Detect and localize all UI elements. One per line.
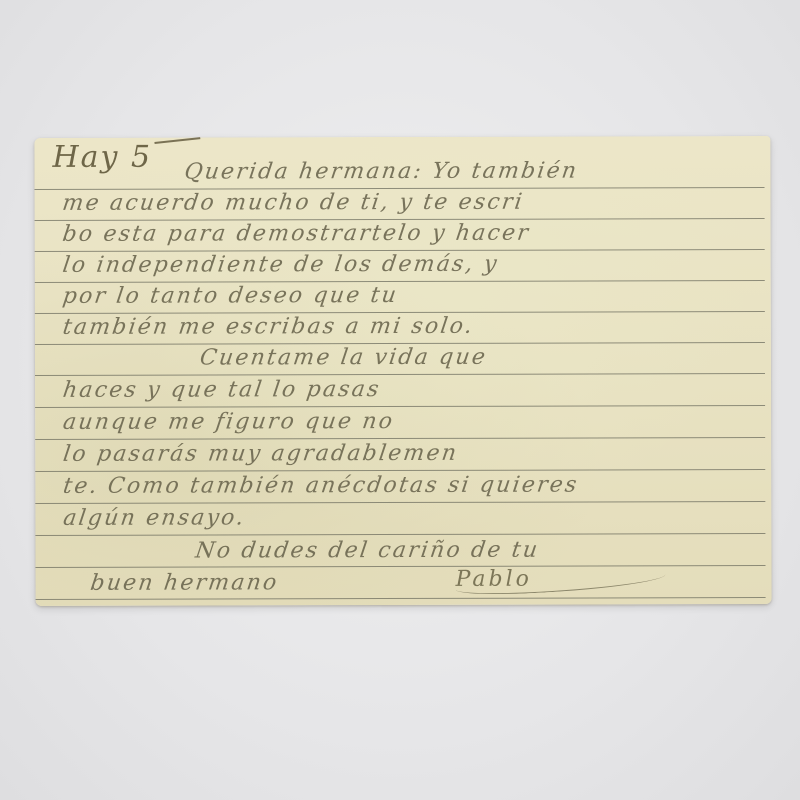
letter-line: algún ensayo. [62,505,247,530]
letter-line: Querida hermana: Yo también [183,159,580,185]
letter-date: Hay 5 [52,140,152,175]
letter-line: lo pasarás muy agradablemen [61,441,459,467]
ruled-line [35,405,765,408]
letter-line: Cuentame la vida que [198,345,489,371]
ruled-line [35,533,765,536]
letter-line: No dudes del cariño de tu [194,538,541,564]
letter-line: buen hermano [89,570,280,596]
letter-line: me acuerdo mucho de ti, y te escri [61,190,526,216]
letter-line: lo independiente de los demás, y [61,252,500,278]
ruled-line [35,373,765,376]
letter-line: por lo tanto deseo que tu [61,283,400,309]
ruled-line [35,469,765,472]
letter-line: bo esta para demostrartelo y hacer [61,221,532,247]
ruled-lines [34,136,770,138]
ruled-line [36,597,766,600]
letter-line: te. Como también anécdotas si quieres [62,473,581,499]
letter-line: haces y que tal lo pasas [61,377,382,403]
letter-line: aunque me figuro que no [61,409,396,435]
postcard: Hay 5 Querida hermana: Yo también me acu… [34,136,771,606]
letter-line: también me escribas a mi solo. [61,314,476,340]
ruled-line [35,501,765,504]
ruled-line [35,437,765,440]
date-underline [154,137,200,144]
